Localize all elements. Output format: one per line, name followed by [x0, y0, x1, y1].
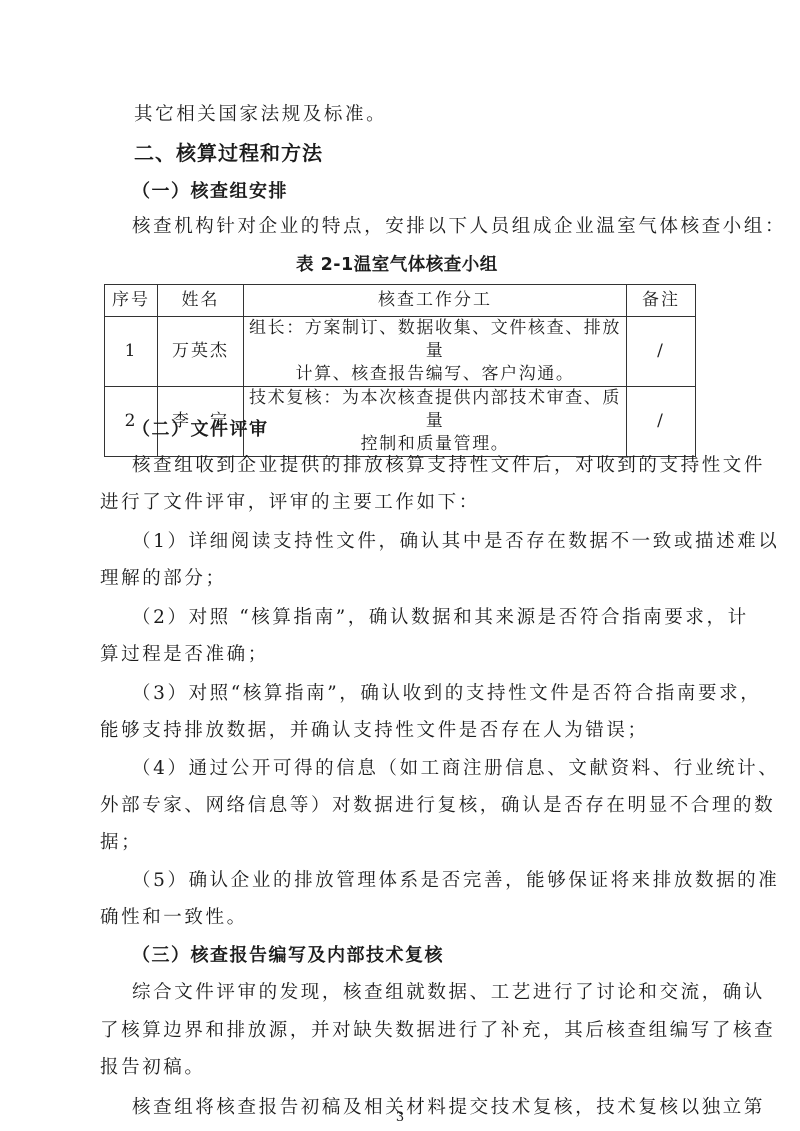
- duty-line: 控制和质量管理。: [244, 433, 626, 456]
- list-item-line: 据；: [100, 831, 142, 855]
- section-heading: 二、核算过程和方法: [134, 141, 323, 165]
- subsection-heading: （二）文件评审: [132, 418, 269, 442]
- cell-note: /: [627, 317, 696, 387]
- page-number: 3: [0, 1110, 800, 1125]
- duty-line: 技术复核：为本次核查提供内部技术审查、质量: [244, 387, 626, 433]
- cell-duty: 技术复核：为本次核查提供内部技术审查、质量 控制和质量管理。: [244, 387, 627, 457]
- paragraph-line: 核查机构针对企业的特点，安排以下人员组成企业温室气体核查小组：: [132, 215, 786, 239]
- list-item-line: 能够支持排放数据，并确认支持性文件是否存在人为错误；: [100, 719, 649, 743]
- paragraph-line: 综合文件评审的发现，核查组就数据、工艺进行了讨论和交流，确认: [132, 981, 765, 1005]
- list-item-line: （4）通过公开可得的信息（如工商注册信息、文献资料、行业统计、: [132, 757, 779, 781]
- subsection-heading: （一）核查组安排: [132, 180, 288, 204]
- table-row: 1 万英杰 组长：方案制订、数据收集、文件核查、排放量 计算、核查报告编写、客户…: [105, 317, 696, 387]
- cell-name: 万英杰: [158, 317, 244, 387]
- list-item-line: 算过程是否准确；: [100, 643, 269, 667]
- cell-no: 1: [105, 317, 158, 387]
- paragraph-line: 其它相关国家法规及标准。: [134, 103, 387, 127]
- cell-note: /: [627, 387, 696, 457]
- list-item-line: 确性和一致性。: [100, 906, 248, 930]
- list-item-line: 理解的部分；: [100, 567, 227, 591]
- duty-line: 计算、核查报告编写、客户沟通。: [244, 363, 626, 386]
- list-item-line: （5）确认企业的排放管理体系是否完善，能够保证将来排放数据的准: [132, 869, 779, 893]
- paragraph-line: 报告初稿。: [100, 1056, 206, 1080]
- list-item-line: 外部专家、网络信息等）对数据进行复核，确认是否存在明显不合理的数: [100, 794, 775, 818]
- list-item-line: （2）对照 “核算指南”，确认数据和其来源是否符合指南要求，计: [132, 606, 749, 630]
- paragraph-line: 了核算边界和排放源，并对缺失数据进行了补充，其后核查组编写了核查: [100, 1019, 775, 1043]
- subsection-heading: （三）核查报告编写及内部技术复核: [132, 944, 444, 968]
- header-cell: 核查工作分工: [244, 285, 627, 317]
- header-cell: 备注: [627, 285, 696, 317]
- paragraph-line: 核查组收到企业提供的排放核算支持性文件后，对收到的支持性文件: [132, 454, 765, 478]
- paragraph-line: 进行了文件评审，评审的主要工作如下：: [100, 491, 480, 515]
- list-item-line: （1）详细阅读支持性文件，确认其中是否存在数据不一致或描述难以: [132, 530, 779, 554]
- header-cell: 序号: [105, 285, 158, 317]
- cell-duty: 组长：方案制订、数据收集、文件核查、排放量 计算、核查报告编写、客户沟通。: [244, 317, 627, 387]
- duty-line: 组长：方案制订、数据收集、文件核查、排放量: [244, 317, 626, 363]
- table-header-row: 序号 姓名 核查工作分工 备注: [105, 285, 696, 317]
- table-caption: 表 2-1温室气体核查小组: [296, 253, 498, 277]
- header-cell: 姓名: [158, 285, 244, 317]
- list-item-line: （3）对照“核算指南”，确认收到的支持性文件是否符合指南要求，: [132, 682, 761, 706]
